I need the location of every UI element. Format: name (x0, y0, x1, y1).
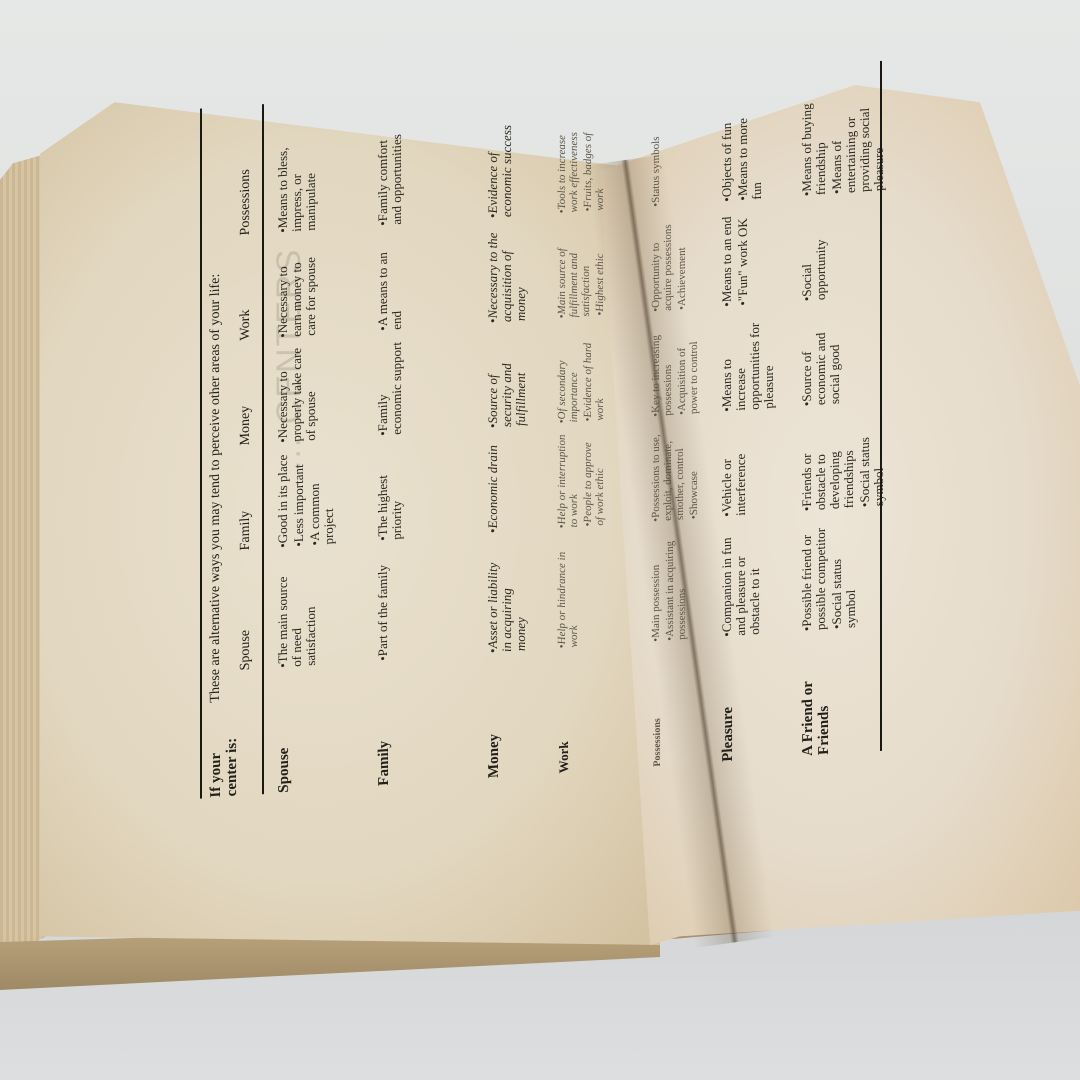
center-label-heading: If your center is: (208, 726, 240, 798)
cell-family-spouse: Part of the family (376, 560, 392, 661)
cell-text: Family comfort and opportunities (376, 129, 404, 226)
cell-money-possessions: Evidence of economic success (486, 122, 516, 219)
table-intro: These are alternative ways you may tend … (208, 273, 224, 703)
cell-possessions-possessions: Status symbols (650, 111, 664, 207)
column-header-work: Work (238, 309, 254, 341)
cell-money-work: Necessary to the acquisition of money (486, 226, 530, 324)
cell-work-spouse: Help or hindrance in work (556, 547, 582, 649)
cell-text: Necessary to earn money to care for spou… (276, 240, 318, 338)
top-rule (200, 108, 202, 798)
cell-friends-money: Source of economic and social good (800, 309, 844, 407)
column-header-family: Family (238, 510, 254, 551)
cell-text: Help or hindrance in work (556, 547, 580, 649)
cell-text: Source of economic and social good (800, 309, 842, 407)
cell-text: Economic drain (486, 438, 500, 534)
cell-friends-work: Social opportunity (800, 205, 830, 302)
cell-work-possessions: Tools to increase work effectiveness Fru… (556, 115, 608, 214)
cell-text: Help or interruption to work (556, 432, 580, 529)
cell-possessions-family: Possessions to use, exploit, dominate, s… (650, 423, 702, 522)
cell-work-money: Of secondary importance Evidence of hard… (556, 325, 608, 424)
cell-pleasure-spouse: Companion in fun and pleasure or obstacl… (720, 529, 764, 637)
column-header-spouse: Spouse (238, 629, 254, 671)
cell-text: A common project (308, 449, 336, 546)
row-label-possessions: Possessions (650, 686, 666, 767)
cell-family-family: The highest priority (376, 444, 406, 541)
cell-text: Source of security and fulfillment (486, 331, 528, 429)
cell-pleasure-family: Vehicle or interference (720, 420, 750, 517)
cell-work-work: Main source of fulfillment and satisfact… (556, 220, 608, 319)
cell-spouse-family: Good in its place Less important A commo… (276, 449, 338, 548)
cell-text: Less important (292, 451, 306, 547)
bottom-rule (880, 61, 882, 751)
centers-table: If your center is: These are alternative… (180, 0, 900, 800)
cell-text: Means to an end (720, 211, 734, 307)
cell-text: The highest priority (376, 444, 404, 541)
cell-work-family: Help or interruption to work People to a… (556, 430, 608, 529)
cell-possessions-work: Opportunity to acquire possessions Achie… (650, 214, 690, 312)
row-label-spouse: Spouse (276, 712, 292, 793)
cell-pleasure-possessions: Objects of fun Means to more fun (720, 104, 766, 202)
cell-text: Means to increase opportunities for plea… (720, 313, 776, 412)
cell-text: Status symbols (650, 111, 662, 207)
cell-text: Family economic support (376, 339, 404, 436)
cell-spouse-money: Necessary to properly take care of spous… (276, 345, 320, 443)
cell-spouse-possessions: Means to bless, impress, or manipulate (276, 135, 320, 233)
cell-text: Good in its place (276, 452, 290, 548)
cell-family-possessions: Family comfort and opportunities (376, 129, 406, 226)
row-label-pleasure: Pleasure (720, 681, 736, 762)
cell-money-family: Economic drain (486, 437, 502, 533)
cell-text: Objects of fun (720, 106, 734, 202)
cell-text: Highest ethic (594, 220, 606, 316)
cell-text: The main source of need satisfaction (276, 565, 318, 668)
cell-text: Evidence of hard work (582, 325, 606, 422)
cell-text: Means to bless, impress, or manipulate (276, 135, 318, 233)
cell-money-spouse: Asset or liability in acquiring money (486, 551, 530, 654)
cell-text: Part of the family (376, 560, 390, 661)
cell-text: Key to increasing possessions (650, 320, 674, 417)
cell-possessions-money: Key to increasing possessions Acquisitio… (650, 318, 702, 417)
cell-text: A means to an end (376, 234, 404, 331)
row-label-friends: A Friend or Friends (800, 674, 832, 756)
cell-text: Of secondary importance (556, 327, 580, 424)
cell-spouse-work: Necessary to earn money to care for spou… (276, 240, 320, 338)
cell-text: Evidence of economic success (486, 122, 514, 219)
cell-text: Necessary to properly take care of spous… (276, 345, 318, 443)
column-header-possessions: Possessions (238, 169, 254, 236)
column-header-money: Money (238, 405, 254, 446)
cell-money-money: Source of security and fulfillment (486, 331, 530, 429)
cell-text: Opportunity to acquire possessions (650, 215, 674, 312)
cell-text: Necessary to the acquisition of money (486, 226, 528, 324)
cell-text: Means of buying friendship (800, 100, 828, 197)
cell-text: Fruits, badges of work (582, 115, 606, 212)
cell-possessions-spouse: Main possession Assistant in acquiring p… (650, 539, 690, 642)
cell-friends-spouse: Possible friend or possible competitor S… (800, 522, 860, 631)
cell-text: People to approve of work ethic (582, 430, 606, 527)
cell-pleasure-money: Means to increase opportunities for plea… (720, 313, 778, 412)
cell-text: Possessions to use, exploit, dominate, s… (650, 425, 686, 523)
row-label-work: Work (556, 693, 572, 774)
cell-friends-possessions: Means of buying friendship Means of ente… (800, 95, 888, 196)
cell-text: Main source of fulfillment and satisfact… (556, 221, 592, 319)
cell-pleasure-work: Means to an end "Fun" work OK (720, 210, 752, 307)
cell-text: Possible friend or possible competitor (800, 525, 828, 632)
cell-text: Achievement (676, 214, 688, 310)
row-label-family: Family (376, 705, 392, 786)
cell-text: Companion in fun and pleasure or obstacl… (720, 529, 762, 637)
cell-text: Social status symbol (830, 523, 858, 630)
cell-text: Main possession (650, 541, 662, 642)
row-label-money: Money (486, 697, 502, 778)
cell-text: Means to more fun (736, 104, 764, 201)
cell-text: Means of entertaining or providing socia… (830, 96, 886, 195)
cell-family-money: Family economic support (376, 339, 406, 436)
cell-text: Friends or obstacle to developing friend… (800, 413, 856, 512)
cell-text: Acquisition of power to control (676, 319, 700, 416)
cell-text: "Fun" work OK (736, 210, 750, 306)
cell-text: Assistant in acquiring possessions (664, 539, 688, 641)
cell-text: Asset or liability in acquiring money (486, 551, 528, 654)
cell-spouse-spouse: The main source of need satisfaction (276, 565, 320, 668)
cell-text: Vehicle or interference (720, 420, 748, 517)
cell-text: Showcase (688, 424, 700, 520)
photo-scene: ... CENTERS If your center is: These are… (0, 0, 1080, 1080)
cell-text: Social opportunity (800, 205, 828, 302)
cell-text: Tools to increase work effectiveness (556, 117, 580, 214)
header-rule (262, 104, 264, 794)
cell-family-work: A means to an end (376, 234, 406, 331)
cell-friends-family: Friends or obstacle to developing friend… (800, 410, 888, 511)
